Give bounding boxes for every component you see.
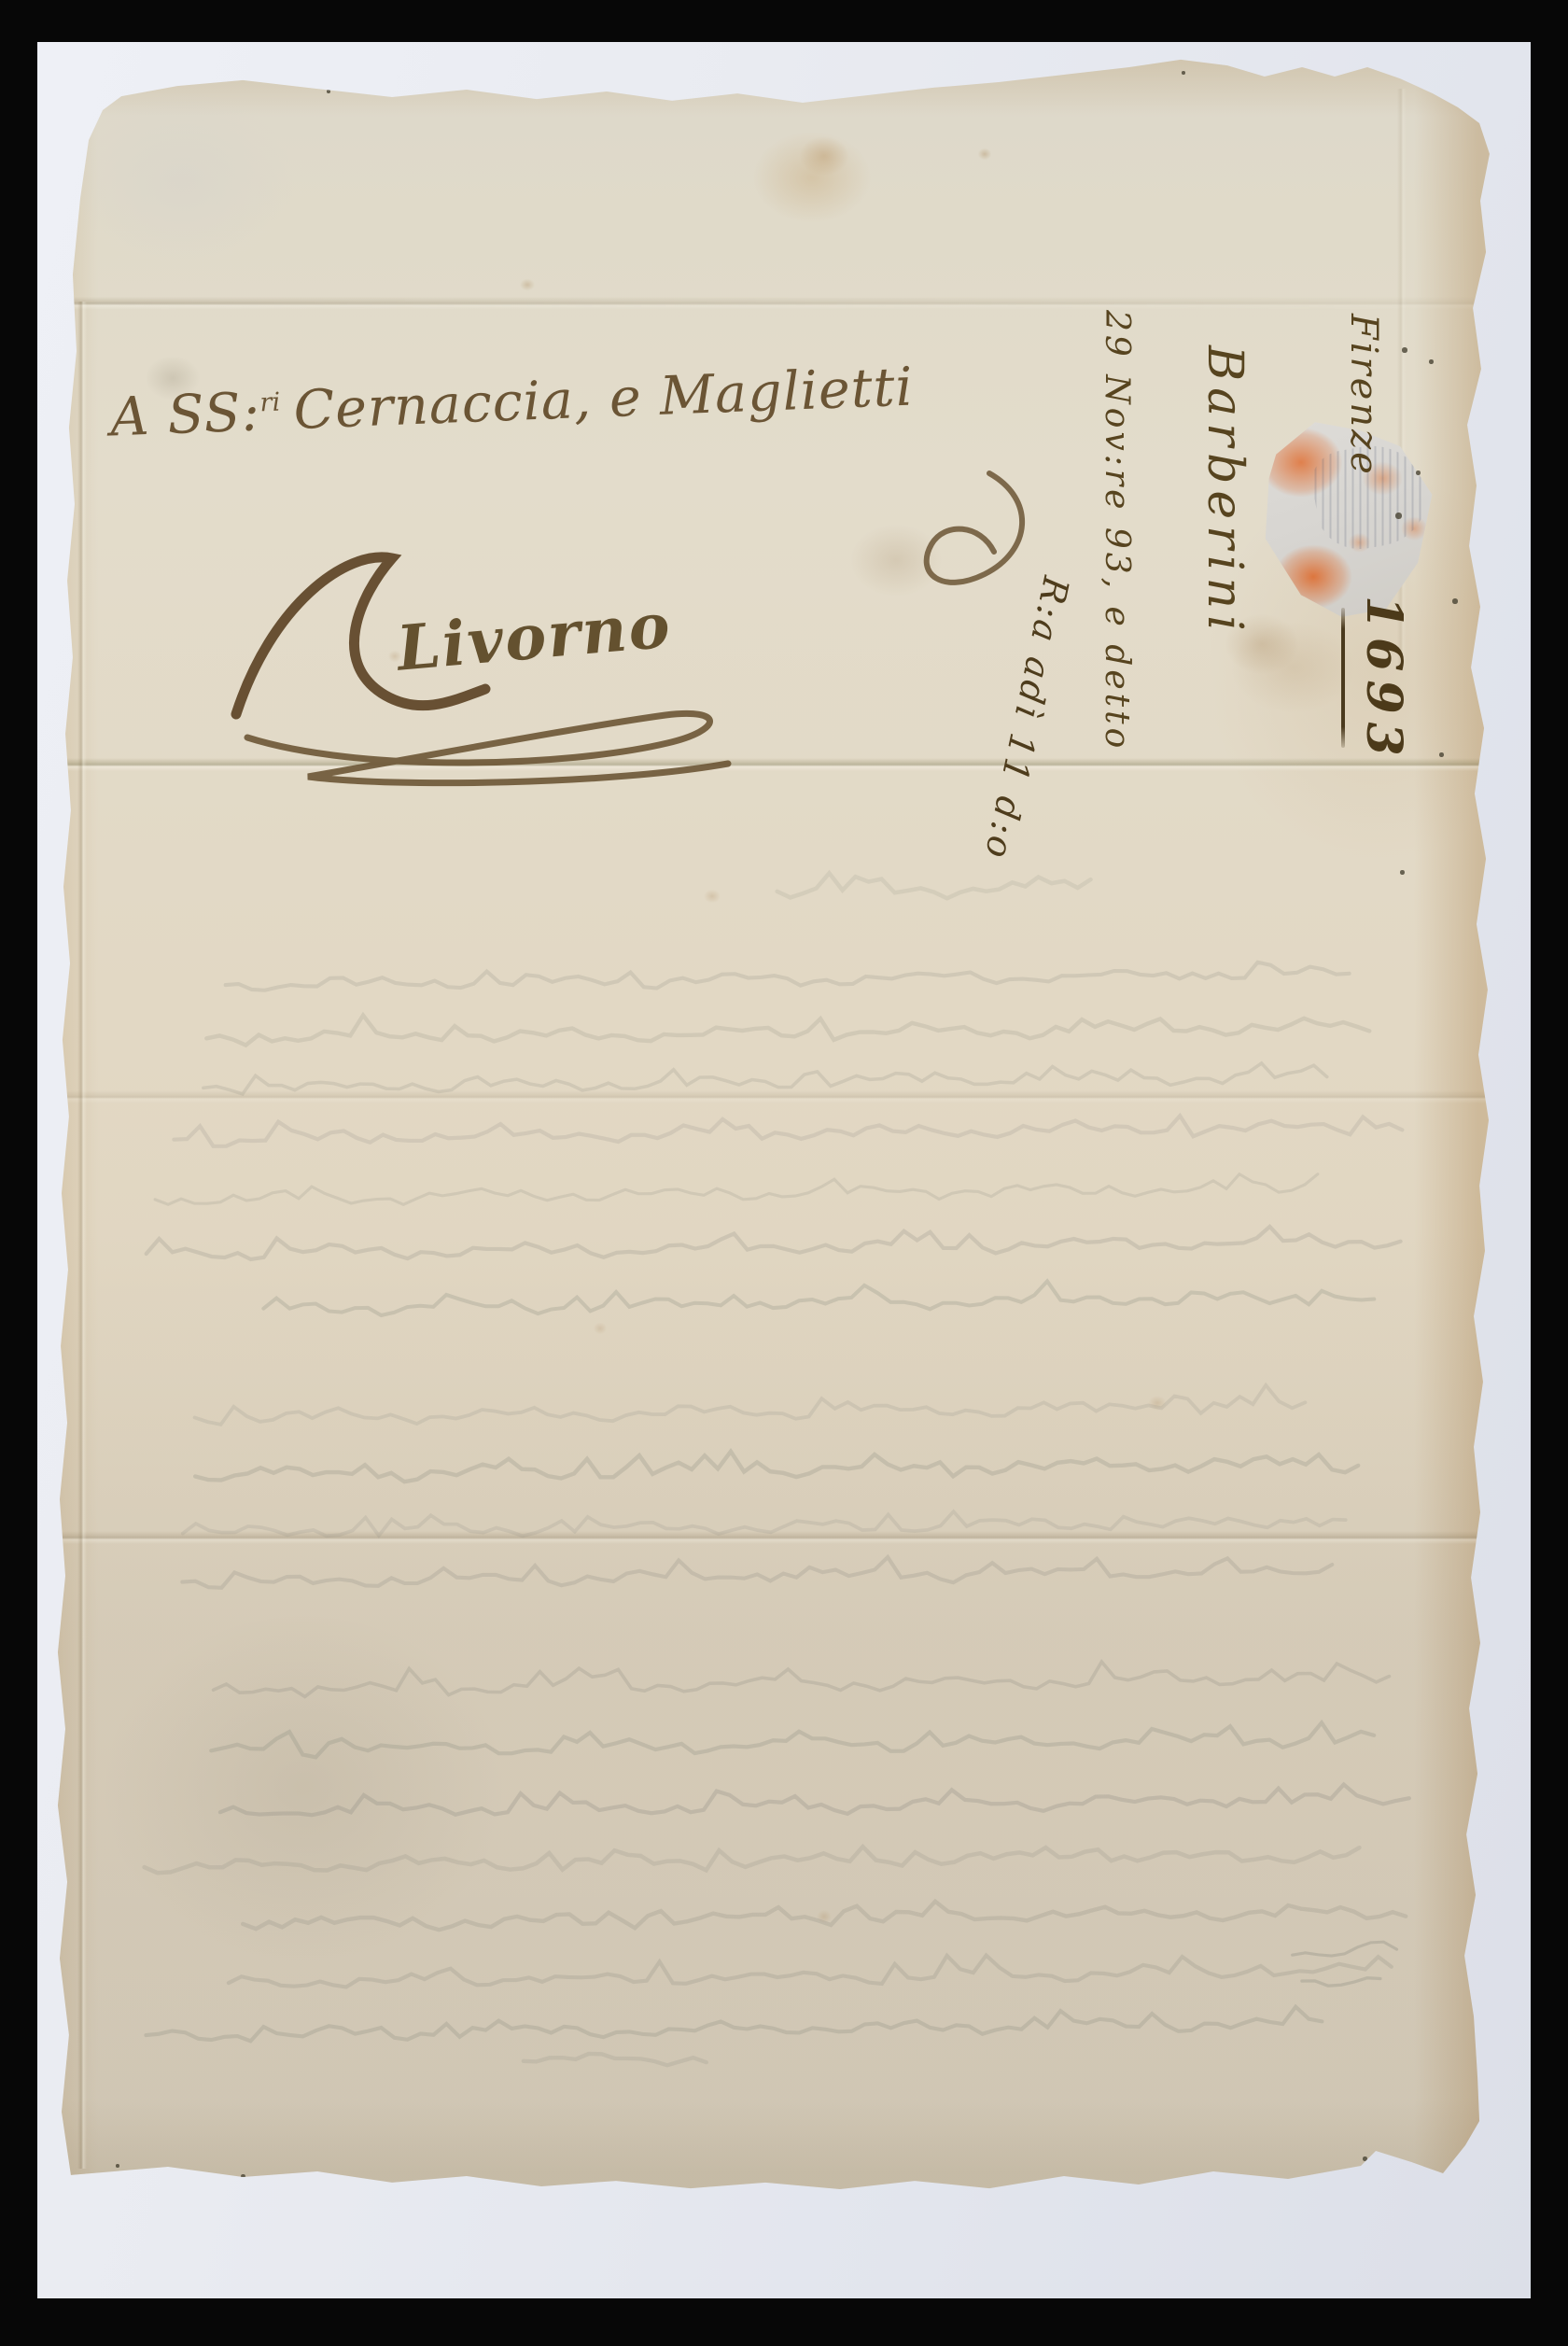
- fold-crease-faint: [42, 1090, 1493, 1103]
- fold-crease-left-vertical: [77, 302, 87, 2169]
- docket-sender: Barberini: [1197, 345, 1253, 638]
- worm-hole-speck: [1452, 598, 1458, 604]
- worm-hole-speck: [1395, 513, 1402, 519]
- worm-hole-speck: [1429, 359, 1434, 364]
- year-underline: [1341, 608, 1345, 748]
- worm-hole-speck: [327, 90, 330, 93]
- photographed-letter-page: A SS:riCernaccia, e Maglietti Livorno Fi…: [0, 0, 1568, 2346]
- address-salutation: A SS:: [109, 381, 261, 448]
- fold-crease-upper: [42, 297, 1493, 310]
- letter-paper: A SS:riCernaccia, e Maglietti Livorno Fi…: [42, 51, 1493, 2189]
- address-salutation-superscript: ri: [259, 388, 281, 418]
- address-line: A SS:riCernaccia, e Maglietti: [109, 356, 915, 448]
- worm-hole-speck: [1416, 471, 1421, 475]
- worm-hole-speck: [116, 2164, 119, 2168]
- address-recipients: Cernaccia, e Maglietti: [292, 356, 915, 441]
- worm-hole-speck: [1402, 347, 1407, 353]
- docket-year: 1693: [1355, 596, 1412, 765]
- docket-received-date: 29 Nov:re 93, e detto: [1098, 310, 1136, 752]
- worm-hole-speck: [1182, 71, 1185, 75]
- worm-hole-speck: [1400, 870, 1405, 875]
- worm-hole-speck: [1439, 752, 1444, 757]
- fold-crease-lower: [42, 1531, 1493, 1544]
- docket-origin: Firenze: [1342, 314, 1385, 477]
